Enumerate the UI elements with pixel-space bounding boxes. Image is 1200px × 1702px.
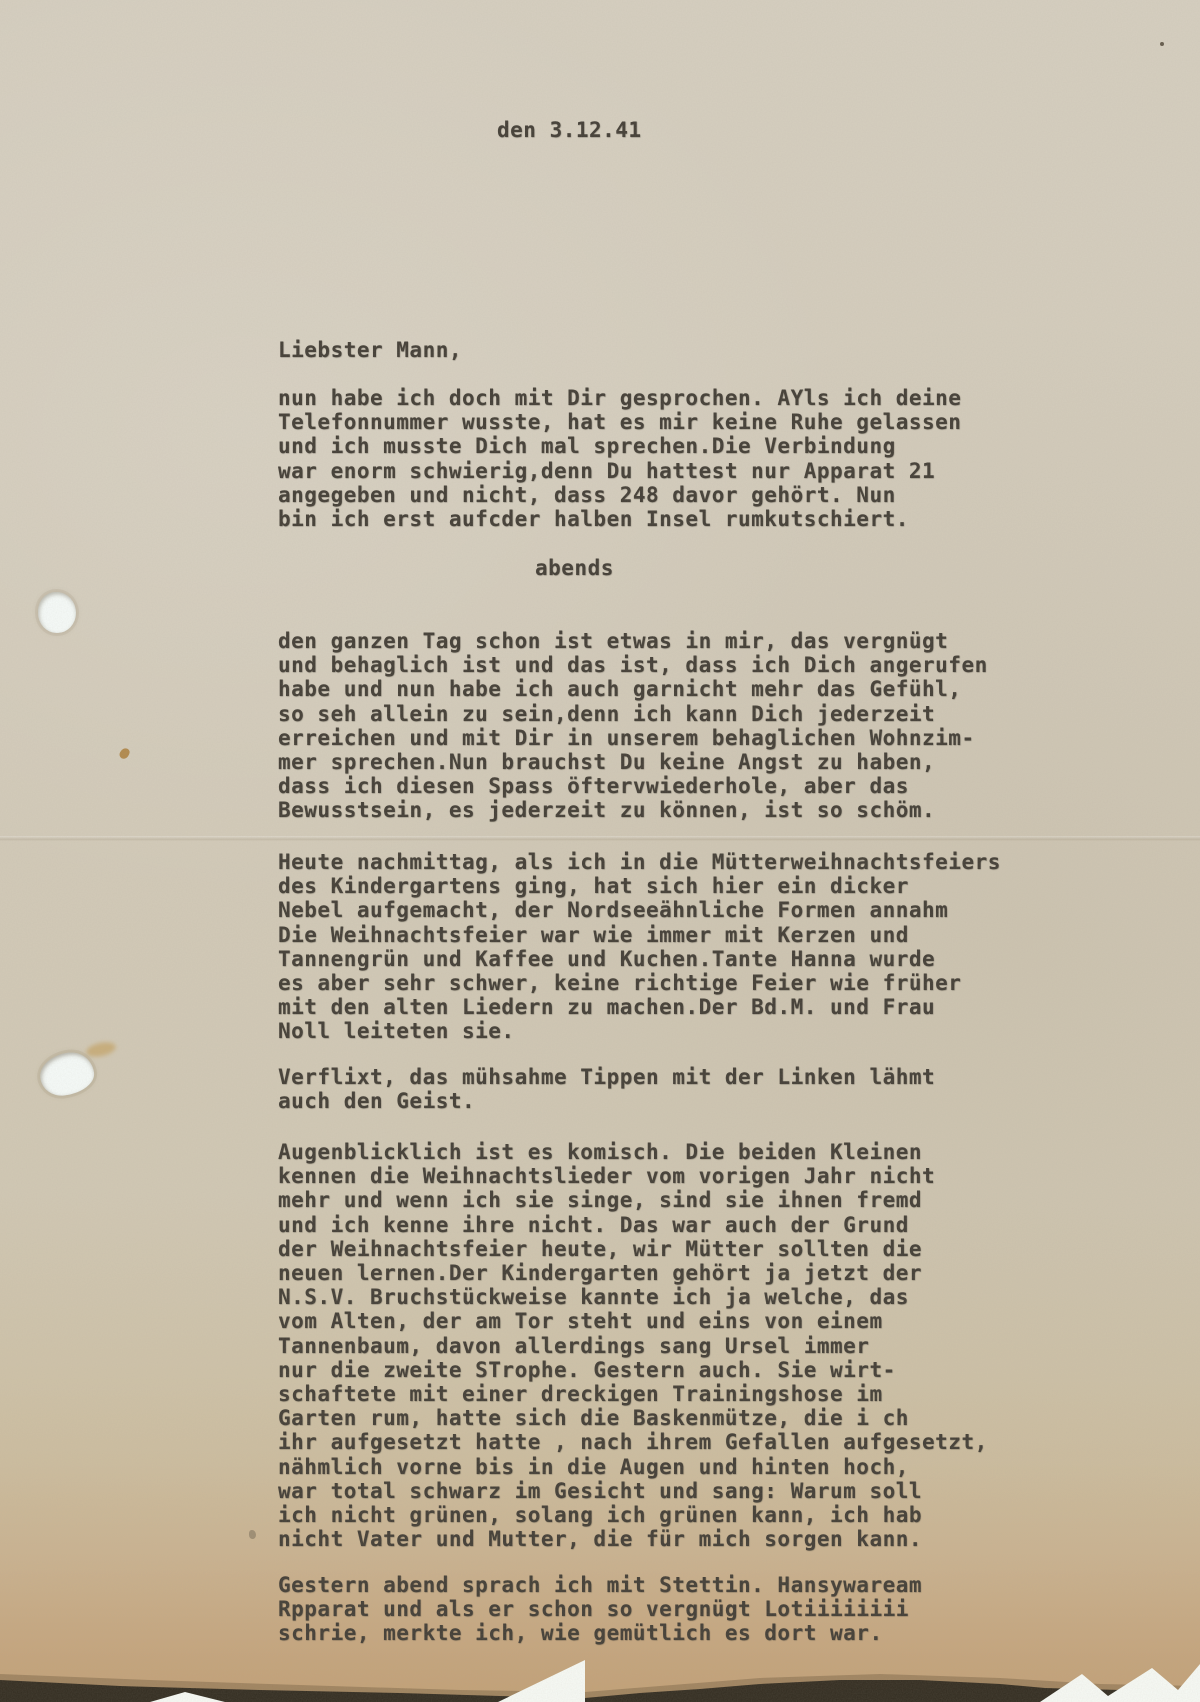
paper-speck: [1160, 42, 1164, 46]
letter-paragraph-5: Augenblicklich ist es komisch. Die beide…: [278, 1140, 988, 1551]
letter-time-note: abends: [535, 556, 614, 580]
letter-paragraph-1: nun habe ich doch mit Dir gesprochen. AY…: [278, 386, 961, 531]
punch-hole-top: [38, 592, 76, 633]
letter-paragraph-3: Heute nachmittag, als ich in die Mütterw…: [278, 850, 1001, 1044]
letter-paragraph-4: Verflixt, das mühsahme Tippen mit der Li…: [278, 1065, 935, 1113]
torn-bottom-edge: [0, 1640, 1200, 1702]
scanned-letter-page: den 3.12.41 Liebster Mann, nun habe ich …: [0, 0, 1200, 1702]
letter-paragraph-2: den ganzen Tag schon ist etwas in mir, d…: [278, 629, 988, 823]
letter-salutation: Liebster Mann,: [278, 338, 462, 362]
letter-paragraph-6: Gestern abend sprach ich mit Stettin. Ha…: [278, 1573, 922, 1646]
paper-speck: [249, 1530, 256, 1539]
letter-date: den 3.12.41: [497, 118, 642, 142]
